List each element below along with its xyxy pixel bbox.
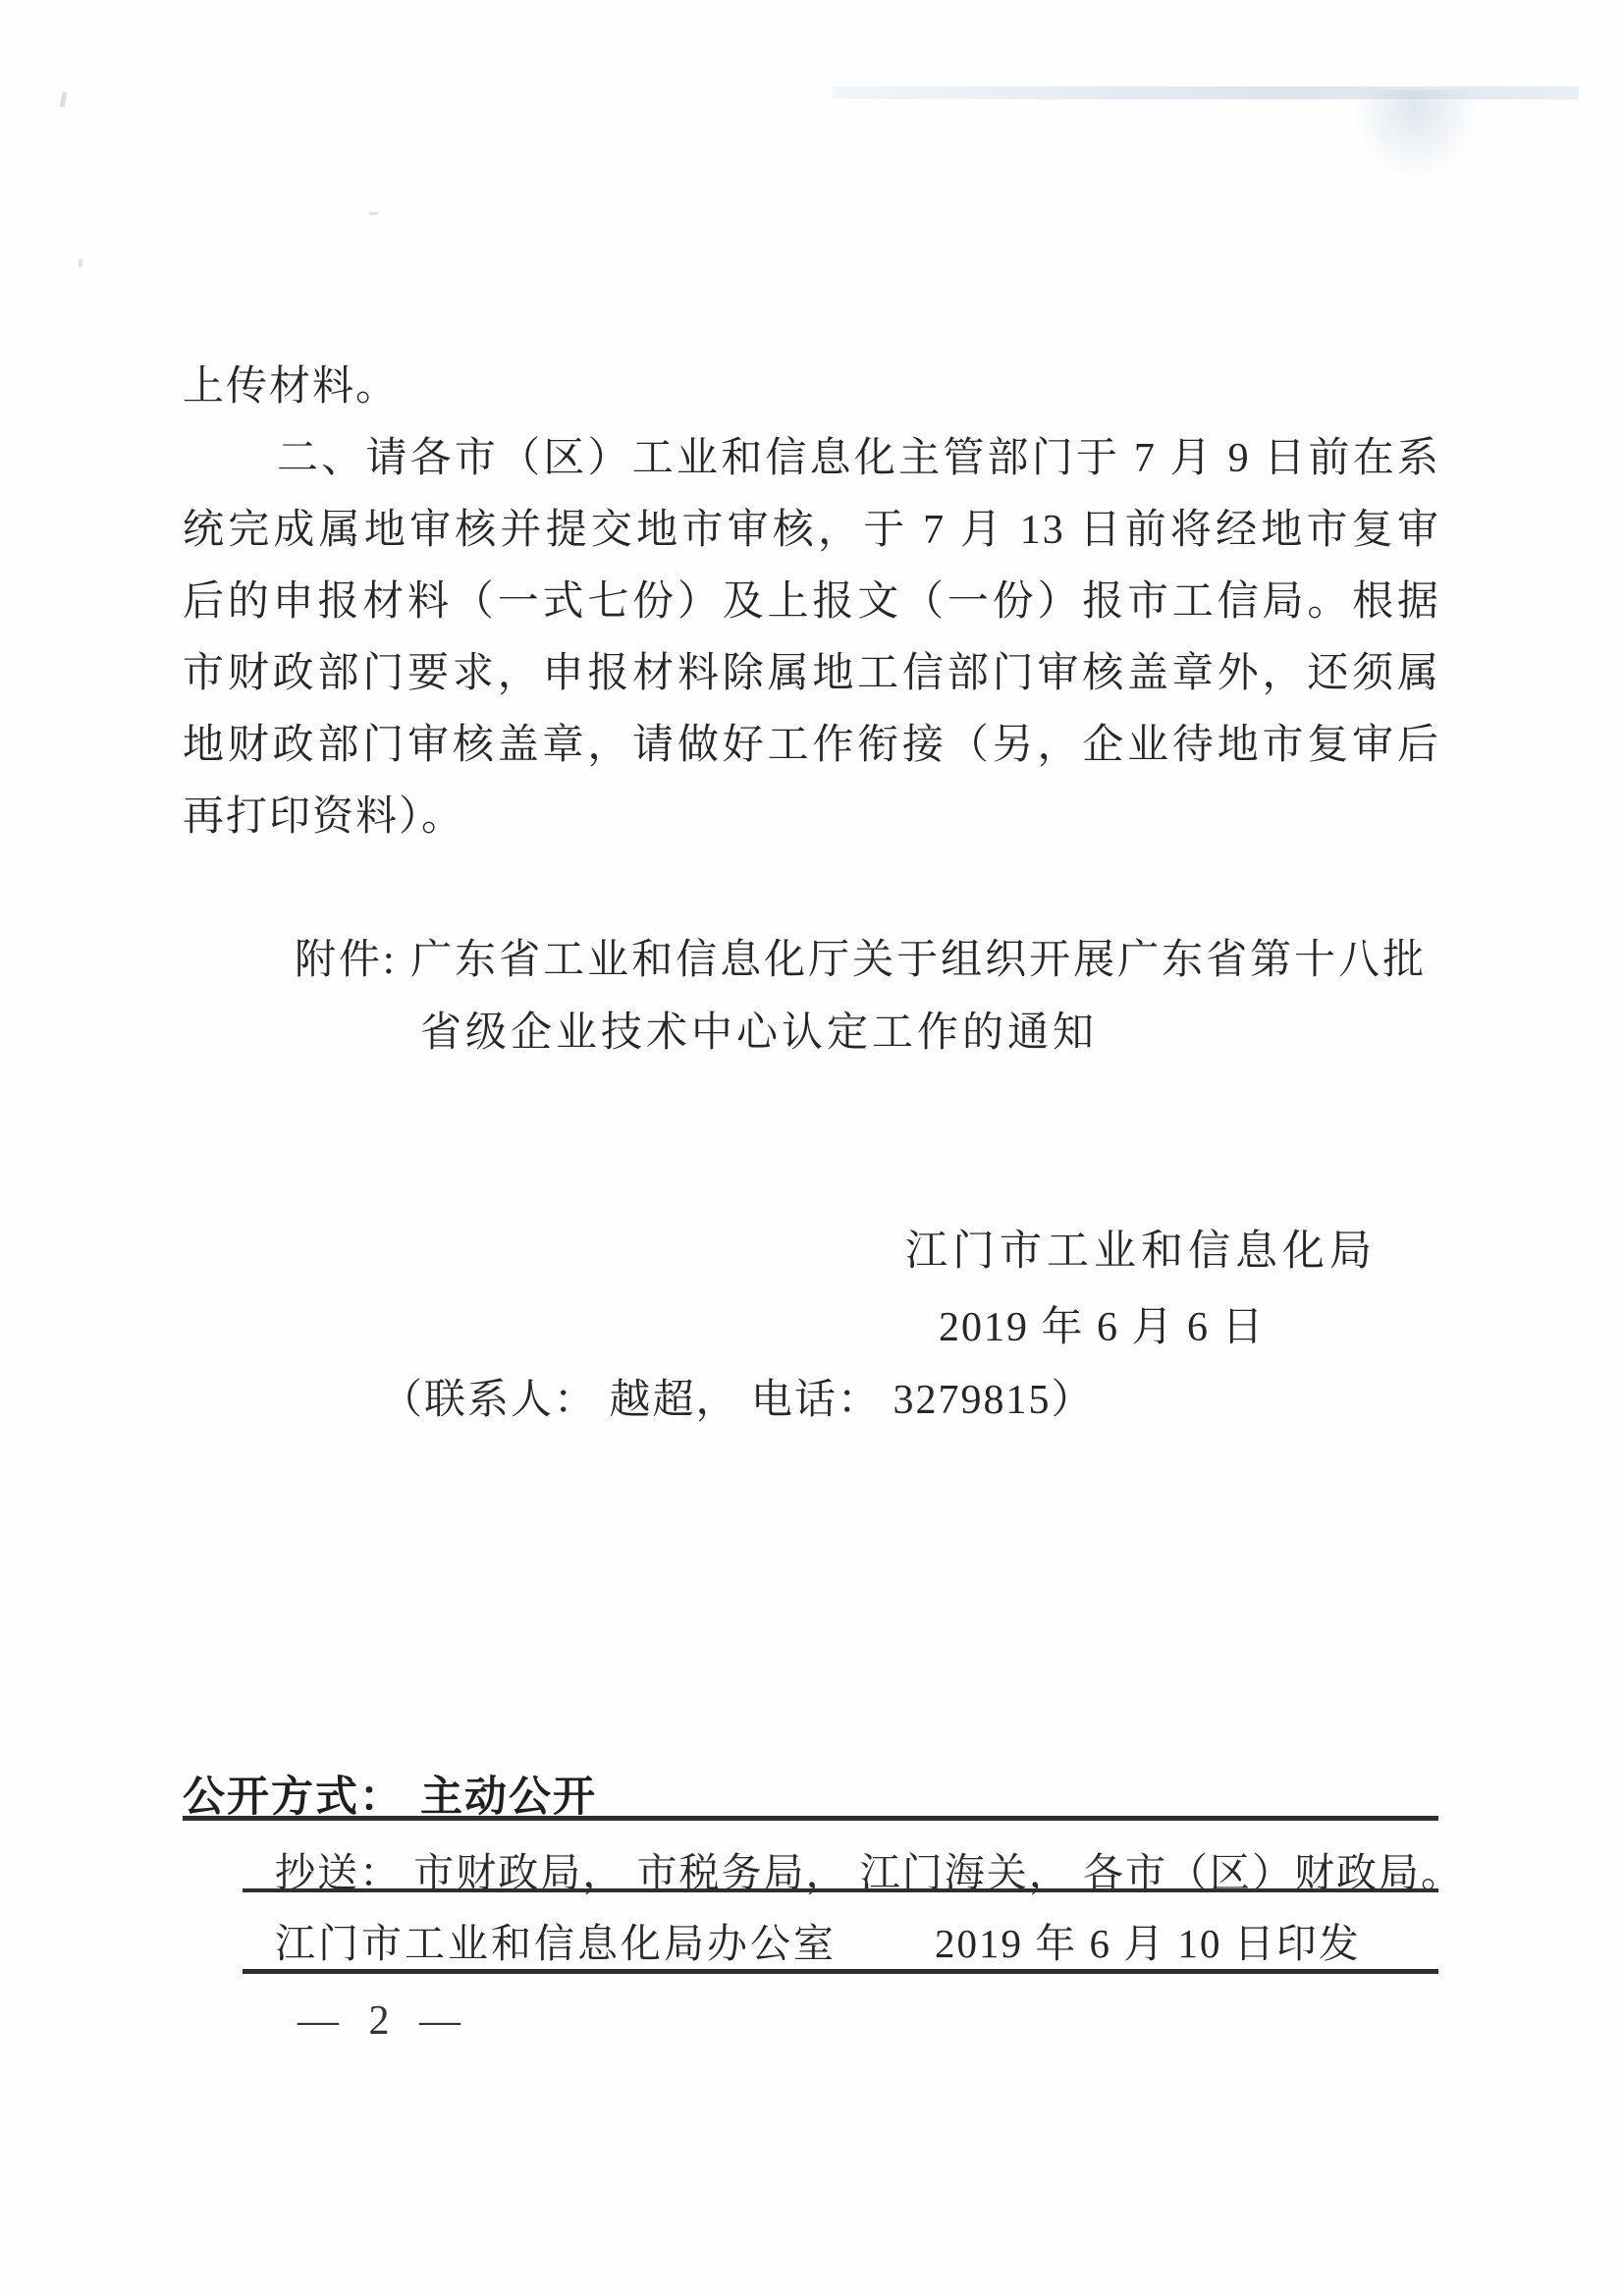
footer-divider-2	[243, 1888, 1438, 1892]
body-line-7: 再打印资料）。	[183, 792, 1440, 843]
signature-date: 2019 年 6 月 6 日	[939, 1294, 1266, 1353]
footer-divider-3	[243, 1969, 1438, 1974]
scan-streak-artifact	[833, 86, 1579, 99]
body-line-4: 后的申报材料（一式七份）及上报文（一份）报市工信局。根据	[183, 576, 1440, 628]
body-line-6: 地财政部门审核盖章，请做好工作衔接（另，企业待地市复审后	[183, 720, 1440, 771]
contact-info: （联系人： 越超， 电话： 3279815）	[381, 1367, 1095, 1426]
issuing-office: 江门市工业和信息化局办公室	[275, 1911, 837, 1969]
body-line-2: 二、请各市（区）工业和信息化主管部门于 7 月 9 日前在系	[183, 433, 1440, 484]
footer-divider-1	[183, 1816, 1438, 1821]
body-line-1: 上传材料。	[183, 361, 1440, 412]
scan-mark-artifact	[79, 259, 82, 267]
document-page: 上传材料。 二、请各市（区）工业和信息化主管部门于 7 月 9 日前在系 统完成…	[0, 0, 1623, 2296]
signature-organization: 江门市工业和信息化局	[905, 1218, 1377, 1278]
attachment-line-1: 附件: 广东省工业和信息化厅关于组织开展广东省第十八批	[295, 927, 1427, 986]
body-line-3: 统完成属地审核并提交地市审核，于 7 月 13 日前将经地市复审	[183, 505, 1440, 556]
page-number: — 2 —	[298, 1997, 470, 2045]
scan-smudge-artifact	[1357, 90, 1475, 174]
attachment-line-2: 省级企业技术中心认定工作的通知	[420, 1000, 1098, 1059]
scan-mark-artifact	[59, 92, 67, 108]
print-date: 2019 年 6 月 10 日印发	[935, 1911, 1361, 1969]
body-line-5: 市财政部门要求，申报材料除属地工信部门审核盖章外，还须属	[183, 648, 1440, 699]
scan-mark-artifact	[369, 212, 378, 215]
publicity-method: 公开方式： 主动公开	[183, 1764, 597, 1824]
